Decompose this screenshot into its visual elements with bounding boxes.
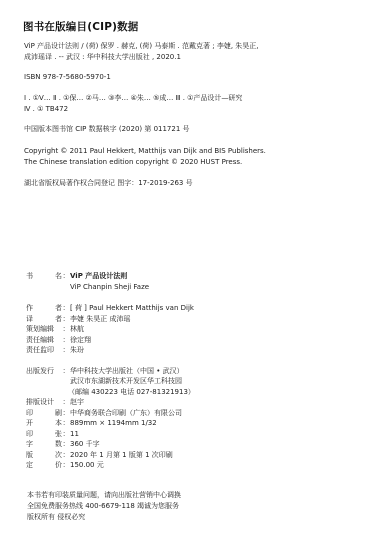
record-translators: 译者 ： 李婕 朱昊正 成沛瑶 — [26, 314, 195, 325]
contract-registration: 湖北省版权局著作权合同登记 图字：17-2019-263 号 — [24, 178, 193, 188]
footer-notice: 本书若有印装质量问题，请向出版社营销中心调换 全国免费服务热线 400-6679… — [27, 490, 181, 523]
record-book-title: 书名 ： ViP 产品设计法则 — [26, 271, 195, 282]
record-sheets: 印张 ： 11 — [26, 429, 195, 440]
footer-quality-notice: 本书若有印装质量问题，请向出版社营销中心调换 — [27, 490, 181, 501]
footer-rights: 版权所有 侵权必究 — [27, 512, 181, 523]
record-price: 定价 ： 150.00 元 — [26, 460, 195, 471]
record-planning-editor: 策划编辑 ： 林航 — [26, 324, 195, 335]
record-format: 开本 ： 889mm × 1194mm 1/32 — [26, 418, 195, 429]
publisher-address: 武汉市东湖新技术开发区华工科技园 — [26, 376, 195, 387]
book-title-pinyin: ViP Chanpin Sheji Faze — [26, 282, 195, 293]
classification-line-1: Ⅰ . ①V… Ⅱ . ①保… ②马… ③李… ④朱… ⑤成… Ⅲ . ①产品设… — [24, 93, 242, 103]
record-edition: 版次 ： 2020 年 1 月第 1 版第 1 次印刷 — [26, 450, 195, 461]
classification-line-2: Ⅳ . ① TB472 — [24, 104, 68, 114]
book-title-value: ViP 产品设计法则 — [70, 271, 127, 282]
isbn: ISBN 978-7-5680-5970-1 — [24, 72, 111, 82]
copyright-line-2: The Chinese translation edition copyrigh… — [24, 157, 242, 167]
publisher-contact: （邮编 430223 电话 027-81321913） — [26, 387, 195, 398]
record-printer: 印刷 ： 中华商务联合印刷（广东）有限公司 — [26, 408, 195, 419]
record-word-count: 字数 ： 360 千字 — [26, 439, 195, 450]
cip-heading: 图书在版编目(CIP)数据 — [23, 19, 139, 34]
record-authors: 作者 ： [ 荷 ] Paul Hekkert Matthijs van Dij… — [26, 303, 195, 314]
cip-entry-line-2: 成沛瑶译 . -- 武汉 : 华中科技大学出版社 , 2020.1 — [24, 52, 181, 62]
footer-hotline: 全国免费服务热线 400-6679-118 竭诚为您服务 — [27, 501, 181, 512]
cip-number: 中国版本图书馆 CIP 数据核字 (2020) 第 011721 号 — [24, 124, 190, 134]
record-publisher: 出版发行 ： 华中科技大学出版社（中国 • 武汉） — [26, 366, 195, 377]
copyright-line-1: Copyright © 2011 Paul Hekkert, Matthijs … — [24, 146, 266, 156]
record-typesetting: 排版设计 ： 赵宇 — [26, 397, 195, 408]
copyright-page: 图书在版编目(CIP)数据 ViP 产品设计法则 / (荷) 保罗 . 赫克, … — [0, 0, 375, 556]
publication-record: 书名 ： ViP 产品设计法则 ViP Chanpin Sheji Faze 作… — [26, 271, 195, 471]
cip-entry-line-1: ViP 产品设计法则 / (荷) 保罗 . 赫克, (荷) 马泰斯 . 范戴克著… — [24, 41, 259, 51]
record-print-supervisor: 责任监印 ： 朱玢 — [26, 345, 195, 356]
record-responsible-editor: 责任编辑 ： 徐定翔 — [26, 335, 195, 346]
